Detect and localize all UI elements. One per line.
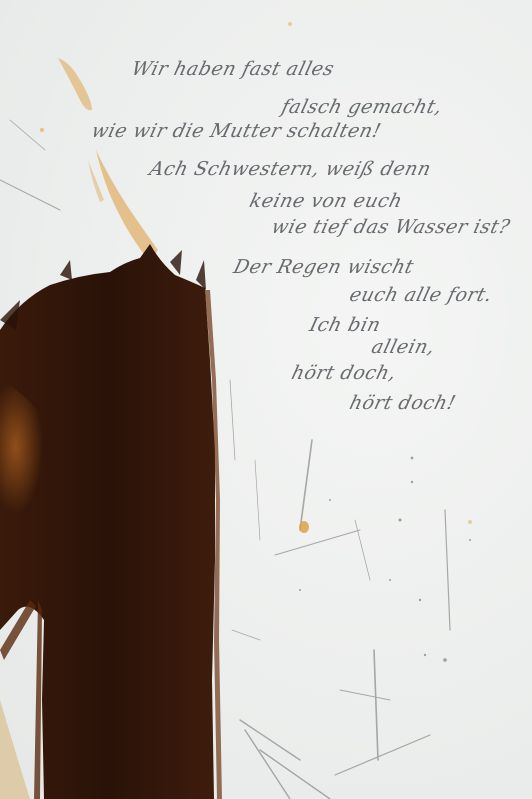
- artwork-canvas: Wir haben fast alles falsch gemacht, wie…: [0, 0, 532, 799]
- poem-line: Ach Schwestern, weiß denn: [147, 158, 433, 180]
- poem-line: wie tief das Wasser ist?: [269, 216, 512, 238]
- poem-line: keine von euch: [247, 190, 405, 212]
- poem-line: wie wir die Mutter schalten!: [89, 120, 383, 142]
- poem-line: allein,: [369, 336, 437, 358]
- poem-line: euch alle fort.: [347, 284, 494, 306]
- poem-text: Wir haben fast alles falsch gemacht, wie…: [0, 0, 532, 460]
- poem-line: Der Regen wischt: [231, 256, 416, 278]
- poem-line: hört doch,: [289, 362, 398, 384]
- poem-line: falsch gemacht,: [279, 96, 444, 118]
- poem-line: Wir haben fast alles: [129, 58, 336, 80]
- poem-line: Ich bin: [307, 314, 383, 336]
- poem-line: hört doch!: [347, 392, 458, 414]
